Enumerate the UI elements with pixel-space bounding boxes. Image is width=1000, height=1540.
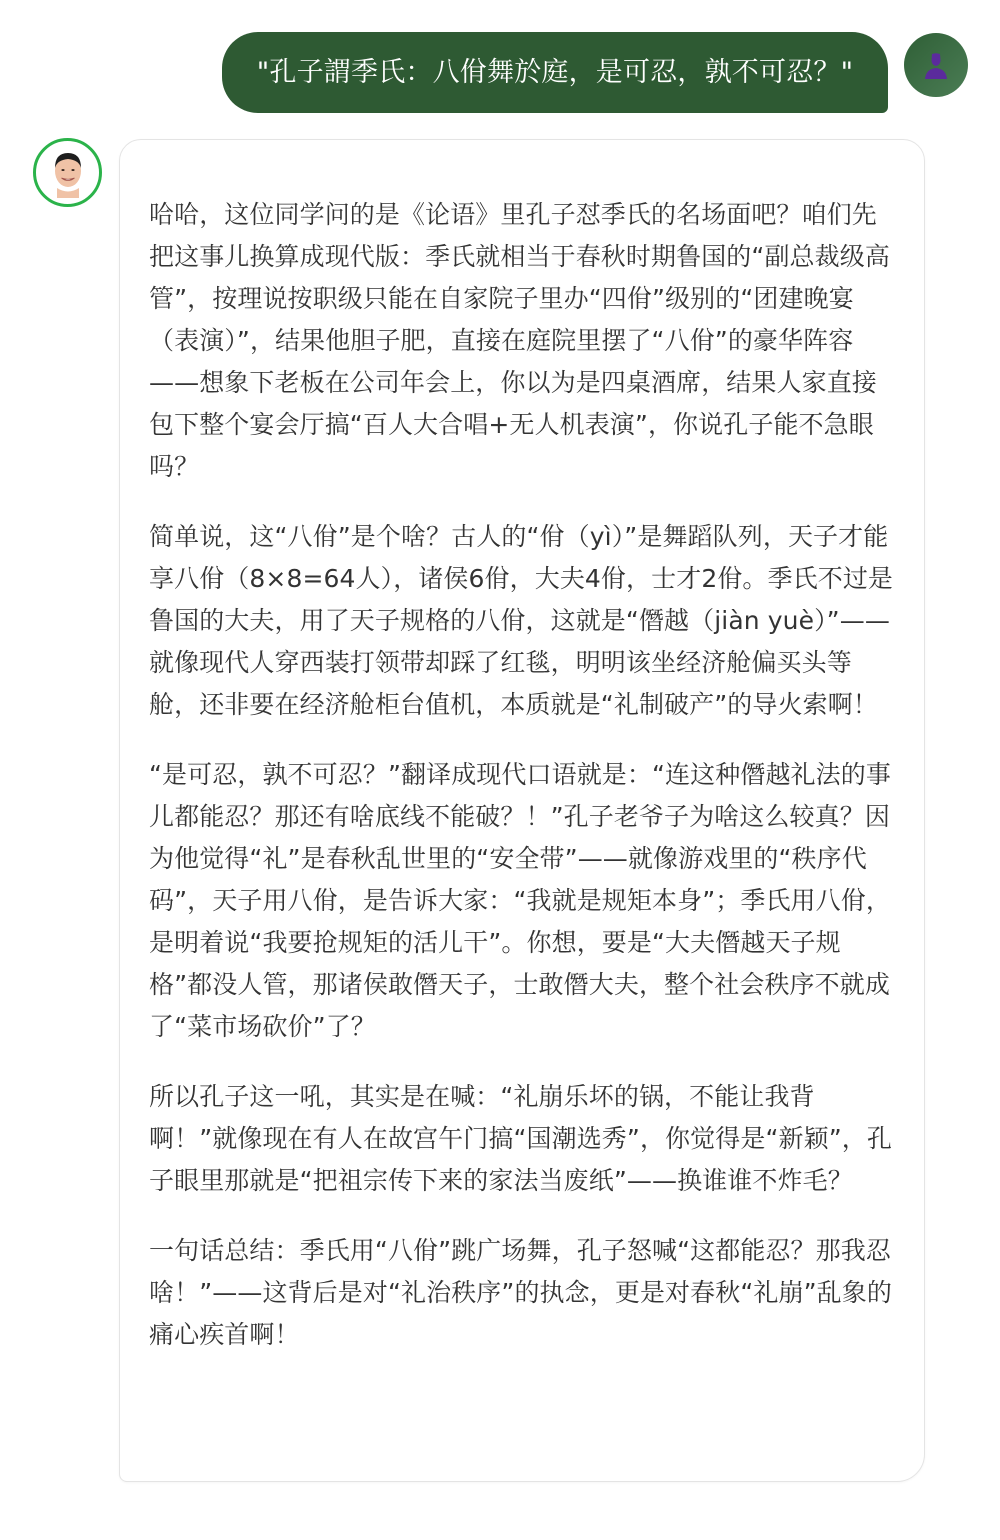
user-message-bubble: "孔子謂季氏：八佾舞於庭，是可忍，孰不可忍？"	[222, 32, 888, 113]
user-message-row: "孔子謂季氏：八佾舞於庭，是可忍，孰不可忍？"	[0, 0, 1000, 130]
assistant-paragraph-5: 一句话总结：季氏用“八佾”跳广场舞，孔子怒喊“这都能忍？那我忍啥！”——这背后是…	[149, 1230, 894, 1356]
assistant-portrait-icon	[45, 148, 91, 198]
user-silhouette-icon	[921, 50, 951, 80]
user-avatar[interactable]	[904, 33, 968, 97]
assistant-paragraph-1: 哈哈，这位同学问的是《论语》里孔子怼季氏的名场面吧？咱们先把这事儿换算成现代版：…	[149, 194, 894, 488]
assistant-paragraph-2: 简单说，这“八佾”是个啥？古人的“佾（yì）”是舞蹈队列，天子才能享八佾（8×8…	[149, 516, 894, 726]
assistant-avatar[interactable]	[33, 138, 102, 207]
user-message-text: "孔子謂季氏：八佾舞於庭，是可忍，孰不可忍？"	[257, 57, 853, 88]
assistant-message-bubble: 哈哈，这位同学问的是《论语》里孔子怼季氏的名场面吧？咱们先把这事儿换算成现代版：…	[119, 139, 925, 1482]
assistant-paragraph-4: 所以孔子这一吼，其实是在喊：“礼崩乐坏的锅，不能让我背啊！”就像现在有人在故宫午…	[149, 1076, 894, 1202]
assistant-paragraph-3: “是可忍，孰不可忍？”翻译成现代口语就是：“连这种僭越礼法的事儿都能忍？那还有啥…	[149, 754, 894, 1048]
